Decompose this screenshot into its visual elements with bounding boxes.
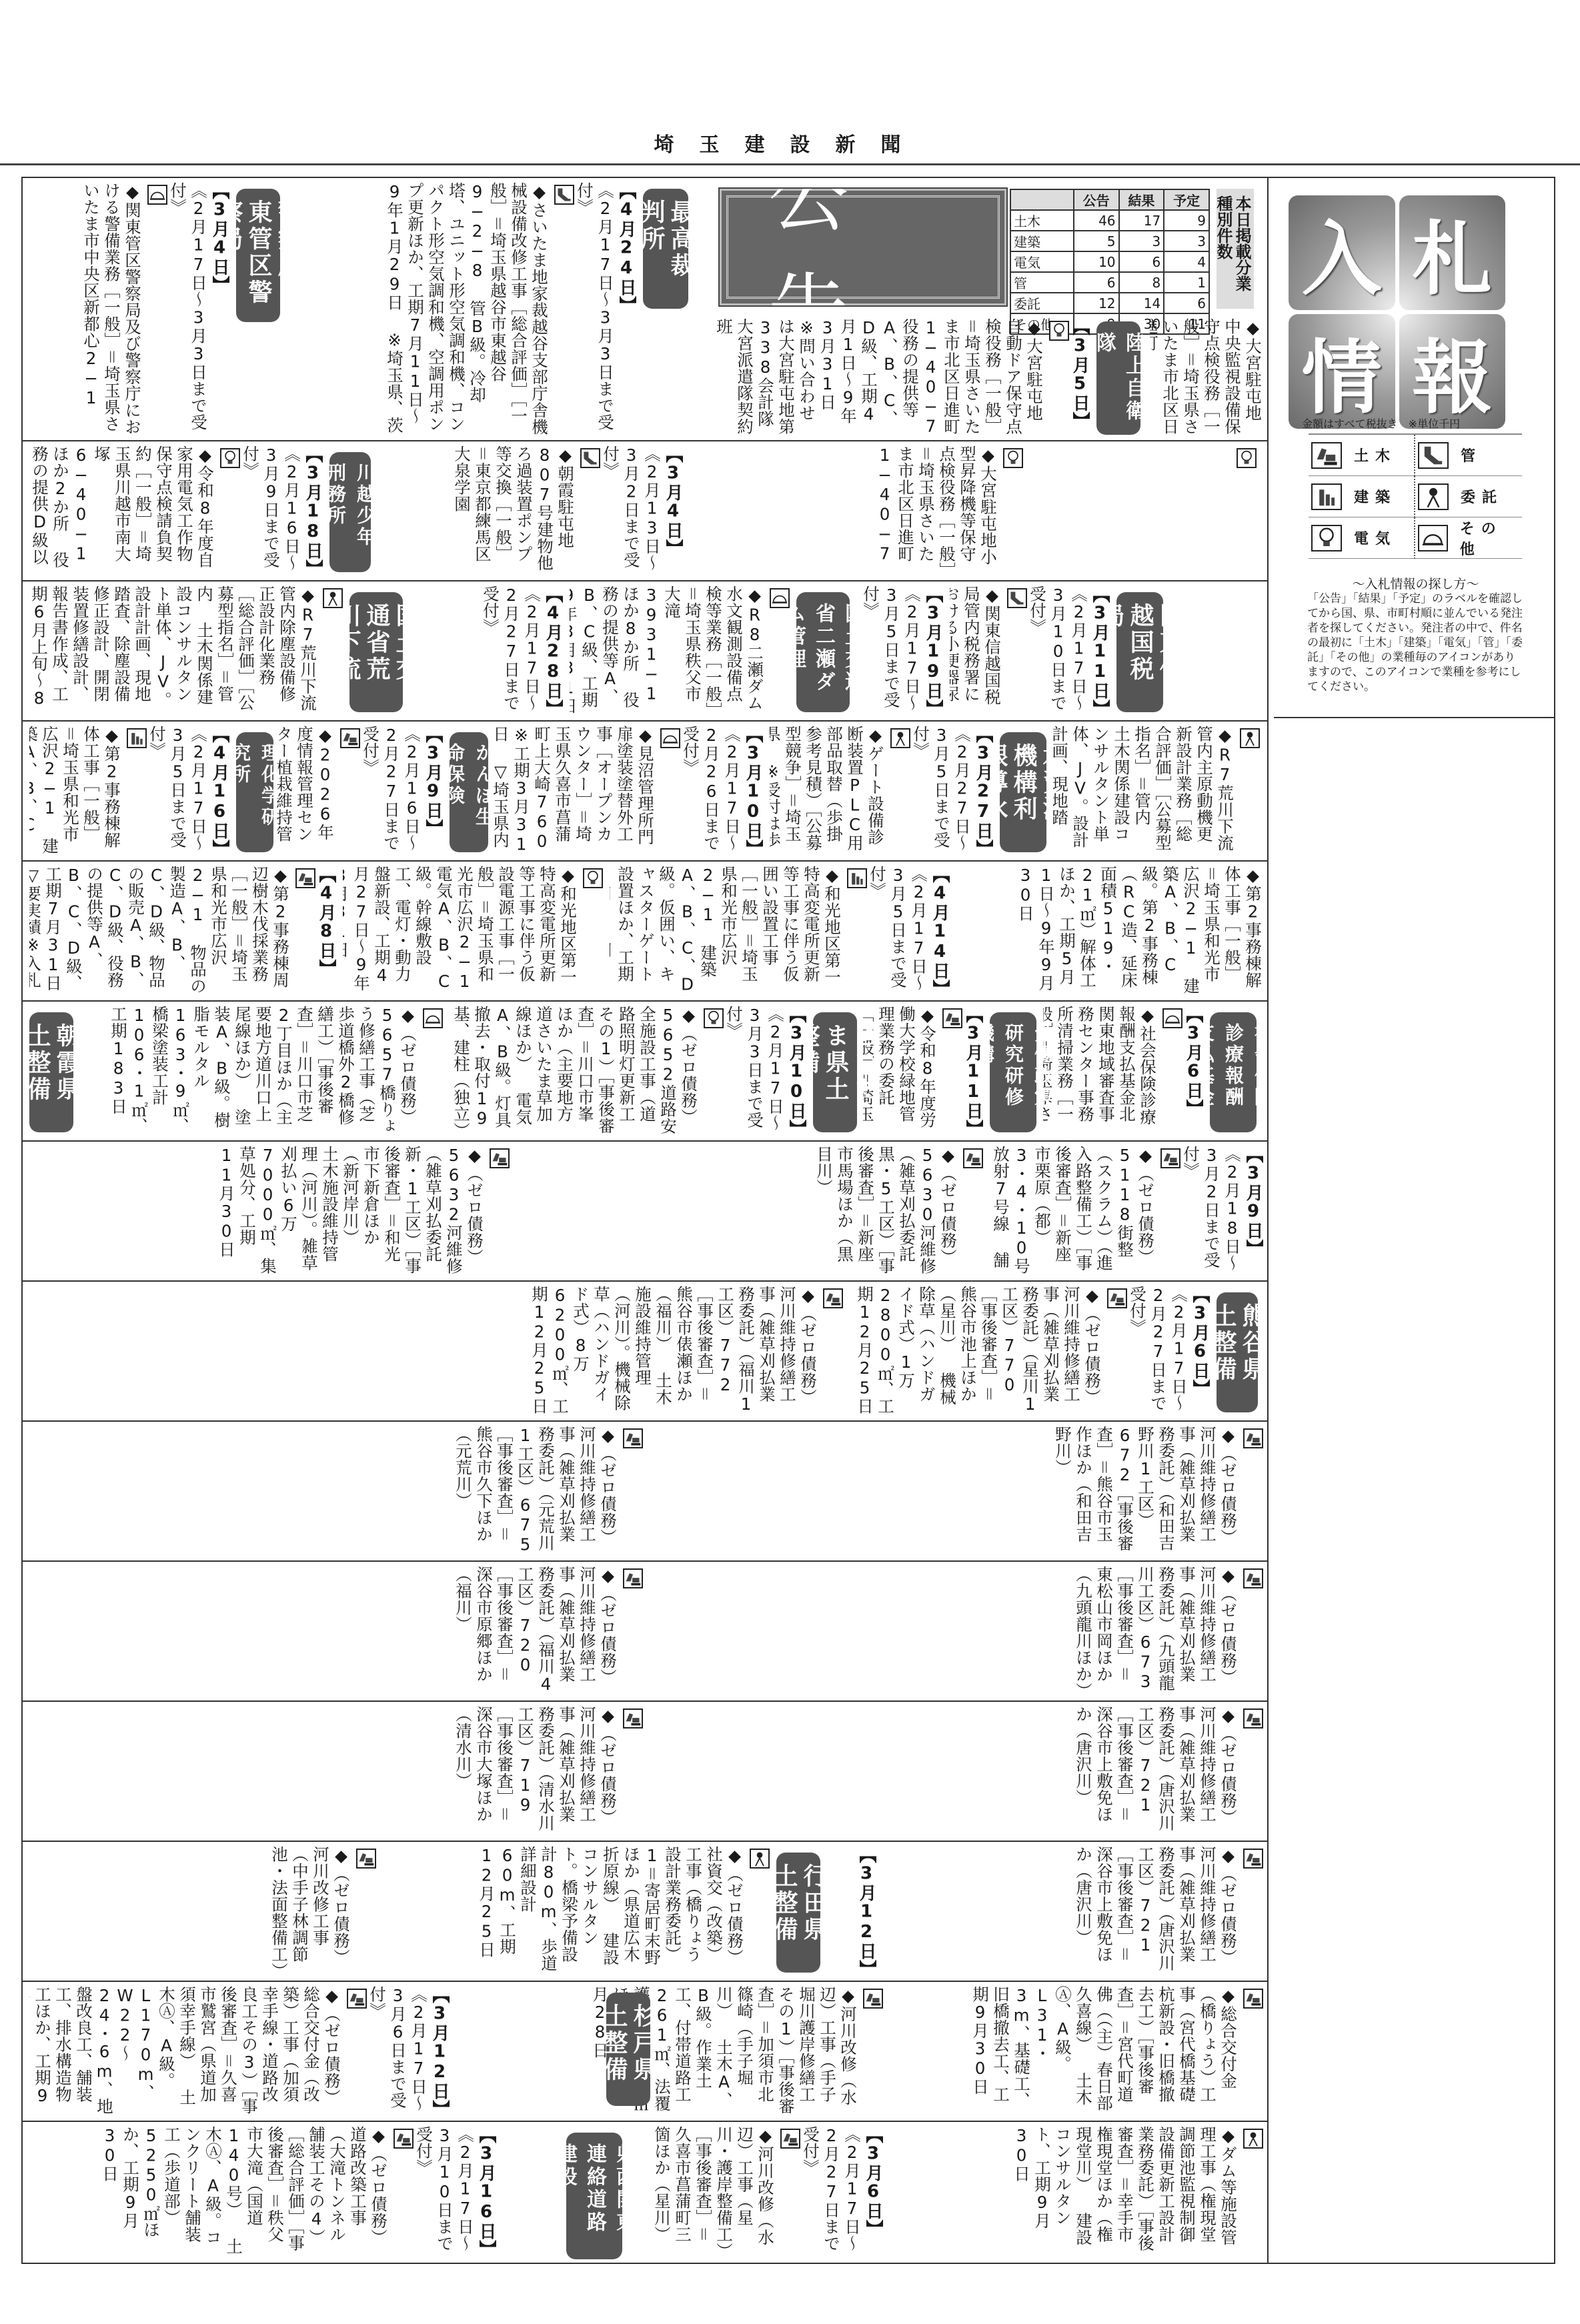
- legend-item-denki: 電気: [1309, 517, 1415, 559]
- excavator-icon: [623, 1708, 643, 1728]
- notice-item: ◆R7荒川下流管内主原動機更新設計業務［総合評価］［公募型指名］＝管内 土木関係…: [1053, 726, 1260, 856]
- notice-item: ◆（ゼロ債務）河川維持修繕工事（雑草刈払業務委託）（福川4工区）720［事後審査…: [29, 1566, 643, 1696]
- building-icon: [847, 868, 867, 888]
- notice-item: ◆（ゼロ債務）河川維持修繕工事（雑草刈払業務委託）（唐沢川工区）721［事後審査…: [650, 1706, 1263, 1837]
- surveyor-icon: [1418, 483, 1449, 510]
- band-row-9: ◆（ゼロ債務）河川維持修繕工事（雑草刈払業務委託）（和田吉野川1工区）672［事…: [23, 1422, 1267, 1562]
- table-header-koukoku: 公告: [1074, 189, 1119, 210]
- koukoku-label: 公告: [726, 195, 1000, 299]
- notice-item: ◆和光地区第一特高変電所更新等工事に伴う仮設電源工事［一般］＝埼玉県和光市広沢2…: [343, 866, 603, 996]
- band-row-5: ◆第2事務棟解体工事［一般］＝埼玉県和光市広沢2−1 建築A、B、C級。第2事務…: [23, 862, 1267, 1002]
- lightbulb-icon: [220, 448, 240, 468]
- agency-label: 理化学研究所: [236, 732, 273, 852]
- table-header-kekka: 結果: [1119, 189, 1164, 210]
- category-count-table: 公告 結果 予定 土木46179 建築533 電気1064 管681 委託121…: [1010, 189, 1210, 335]
- band-row-12: ◆（ゼロ債務）河川維持修繕工事（雑草刈払業務委託）（唐沢川工区）721［事後審査…: [23, 1842, 1267, 1982]
- notice-item: ◆（ゼロ債務）河川維持修繕工事（雑草刈払業務委託）（元荒川1工区）675［事後審…: [29, 1426, 643, 1556]
- notice-item: 【3月9日】 《2月18日〜3月2日まで受付》 ◆（ゼロ債務）5118街整（スク…: [990, 1146, 1263, 1276]
- lightbulb-icon: [1311, 525, 1342, 551]
- table-row: 委託12146: [1010, 293, 1209, 313]
- excavator-icon: [1311, 442, 1342, 469]
- notice-item: 【3月10日】 《2月17日〜3月3日まで受付》 ◆（ゼロ債務）5652道路安全…: [450, 1006, 806, 1136]
- table-row: 電気1064: [1010, 251, 1209, 272]
- table-row: 管681: [1010, 272, 1209, 293]
- helmet-icon: [1162, 1008, 1182, 1028]
- notice-item: 【3月5日】 ◆大宮駐屯地自動ドア保守点検役務［一般］＝埼玉県さいたま市北区日進…: [716, 318, 1090, 436]
- band-row-4: 水資源機構利根導水 ◆R7荒川下流管内主原動機更新設計業務［総合評価］［公募型指…: [23, 722, 1267, 862]
- agency-label: 県西関東連絡道路建設: [566, 2133, 622, 2259]
- agency-label: 警察庁関東管区警察局: [236, 189, 280, 322]
- surveyor-icon: [890, 728, 910, 748]
- lightbulb-icon: [583, 868, 603, 888]
- notice-item: 【3月11日】 ◆令和8年度労働大学校緑地管理業務の委託［一般］＝埼玉県朝霞市溝…: [863, 1006, 983, 1136]
- excavator-icon: [1243, 1568, 1263, 1588]
- table-row: 土木46179: [1010, 210, 1209, 231]
- legend-item-itaku: 委託: [1415, 476, 1522, 517]
- agency-label: 川越少年刑務所: [329, 452, 371, 572]
- notice-item: 【3月6日】 ◆社会保険診療報酬支払基金北関東地域審査事務センター事務所清掃業務…: [1043, 1006, 1203, 1136]
- notice-item: 【3月6日】 《2月17日〜2月27日まで受付》 ◆（ゼロ債務）河川維持修繕工事…: [850, 1286, 1210, 1416]
- notice-item: 【3月9日】 《2月16日〜2月27日まで受付》 ◆2026年度情報管理センター…: [276, 726, 443, 856]
- koukoku-banner: 公告: [720, 189, 1006, 305]
- notice-item: ◆河川改修（水辺）工事（手子堀川護岸修繕工その1）［事後審査］＝加須市北篠崎（手…: [456, 1986, 883, 2117]
- agency-label: 熊谷県土整備: [1217, 1292, 1258, 1412]
- notice-item: 【3月18日】 《2月16日〜3月9日まで受付》 ◆令和8年度自家用電気工作物保…: [29, 445, 323, 576]
- pipe-icon: [580, 448, 600, 468]
- agency-label: 国土交通省荒川下流: [349, 592, 403, 712]
- excavator-icon: [863, 1989, 883, 2009]
- notice-item: ◆（ゼロ債務）河川維持修繕工事（雑草刈払業務委託）（清水川工区）719［事後審査…: [29, 1706, 643, 1837]
- excavator-icon: [942, 1008, 962, 1028]
- excavator-icon: [1107, 1288, 1127, 1308]
- excavator-icon: [393, 2129, 414, 2149]
- agency-label: 関東信越国税局: [1116, 592, 1163, 712]
- notice-item: ◆（ゼロ債務）5630河維修（雑草刈払委託黒・5工区）［事後審査］＝新座市馬場ほ…: [516, 1146, 983, 1276]
- lightbulb-icon: [1049, 321, 1069, 341]
- agency-label: 水資源機構利根導水: [1000, 732, 1046, 852]
- band-row-8: 熊谷県土整備 【3月6日】 《2月17日〜2月27日まで受付》 ◆（ゼロ債務）河…: [23, 1282, 1267, 1422]
- howto-box: 〜入札情報の探し方〜 「公告」「結果」「予定」のラベルを確認してから国、県、市町…: [1307, 577, 1524, 694]
- excavator-icon: [490, 1148, 510, 1168]
- notice-item: ◆（ゼロ債務）河川維持修繕工事（雑草刈払業務委託）（和田吉野川1工区）672［事…: [650, 1426, 1263, 1556]
- band-row-14: ◆ダム等施設管理工事（権現堂調節池監視制御設備更新工設計業務委託）［事後審査］＝…: [23, 2122, 1267, 2262]
- pipe-icon: [554, 185, 574, 205]
- notice-item: ◆（ゼロ債務）5657橋りょう修繕工事（芝歩道橋外2橋修繕工）［事後審査］＝川口…: [83, 1006, 443, 1136]
- agency-label: 陸上自衛隊: [1096, 321, 1140, 435]
- agency-label: 労働政策研究研修機構: [990, 1012, 1036, 1132]
- excavator-icon: [1243, 1849, 1263, 1869]
- excavator-icon: [1243, 1428, 1263, 1448]
- notice-item: 【3月12日】: [830, 1846, 876, 1977]
- notice-item: 【4月24日】 《2月17日〜3月3日まで受付》 ◆さいたま地家裁越谷支部庁舎機…: [383, 182, 636, 436]
- excavator-icon: [295, 868, 315, 888]
- agency-label: 行田県土整備: [776, 1853, 820, 1973]
- notice-item: 【3月11日】 《2月17日〜3月10日まで受付》 ◆関東信越国税局管内税務署に…: [950, 586, 1110, 716]
- masthead-rule: [0, 163, 1580, 165]
- pipe-icon: [1007, 588, 1027, 608]
- helmet-icon: [660, 728, 680, 748]
- howto-text: 「公告」「結果」「予定」のラベルを確認してから国、県、市町村順に並んでいる発注者…: [1307, 592, 1524, 694]
- surveyor-icon: [1240, 728, 1260, 748]
- helmet-icon: [147, 185, 167, 205]
- band-row-6: 社会保険診療報酬支払基金 【3月6日】 ◆社会保険診療報酬支払基金北関東地域審査…: [23, 1002, 1267, 1142]
- surveyor-icon: [750, 1849, 770, 1869]
- table-header-yotei: 予定: [1164, 189, 1209, 210]
- notice-item: 【3月19日】 《2月17日〜3月5日まで受付》: [856, 586, 943, 716]
- excavator-icon: [623, 1568, 643, 1588]
- agency-label: 社会保険診療報酬支払基金: [1210, 1012, 1257, 1132]
- lightbulb-icon: [1003, 448, 1023, 468]
- legend-item-kan: 管: [1415, 435, 1522, 476]
- legend-item-doboku: 土木: [1309, 435, 1415, 476]
- notice-item: ◆（ゼロ債務）河川維持修繕工事（雑草刈払業務委託）（福川1工区）772［事後審査…: [29, 1286, 843, 1416]
- howto-title: 〜入札情報の探し方〜: [1307, 577, 1524, 592]
- agency-label: 国土交通省二瀬ダム管理: [796, 592, 850, 712]
- category-legend: 土木 管 建築 委託 電気 その他: [1309, 433, 1522, 559]
- agency-label: 最高裁判所: [643, 189, 688, 309]
- band-row-7: 【3月9日】 《2月18日〜3月2日まで受付》 ◆（ゼロ債務）5118街整（スク…: [23, 1142, 1267, 1282]
- count-label: 本日掲載分業種別件数: [1217, 189, 1254, 309]
- agency-label: かんぽ生命保険: [450, 732, 488, 852]
- excavator-icon: [1243, 1989, 1263, 2009]
- notice-item: 【3月10日】 《2月17日〜2月26日まで受付》 ◆見沼管理所門扉塗装塗替外工…: [490, 726, 763, 856]
- notice-item: 【3月27日】 《2月27日〜3月5日まで受付》 ◆ゲート設備診断装置PLC用部…: [770, 726, 993, 856]
- agency-label: 朝霞県土整備: [29, 1012, 73, 1132]
- notice-item: 【3月4日】 《2月17日〜3月3日まで受付》 ◆関東管区警察局及び警察庁におけ…: [29, 182, 229, 436]
- excavator-icon: [823, 1288, 843, 1308]
- legend-item-sonota: その他: [1415, 517, 1522, 559]
- notice-item: 【4月14日】 《2月17日〜3月5日まで受付》 ◆和光地区第一特高変電所更新等…: [610, 866, 950, 996]
- excavator-icon: [780, 2129, 800, 2149]
- notice-item: 【3月12日】 《2月17日〜3月6日まで受付》 ◆（ゼロ債務）総合交付金（改築…: [29, 1986, 450, 2117]
- band-row-3: 関東信越国税局 【3月11日】 《2月17日〜3月10日まで受付》 ◆関東信越国…: [23, 582, 1267, 722]
- sidebar: 入 札 情 報 金額はすべて税抜き ※単位千円 土木 管 建築 委託: [1275, 177, 1555, 717]
- newspaper-title: 埼玉建設新聞: [654, 133, 926, 157]
- helmet-icon: [423, 1008, 443, 1028]
- excavator-icon: [623, 1428, 643, 1448]
- notice-item: ◆（ゼロ債務）河川改修工事（中手子林調節池・法面整備工）: [29, 1846, 376, 1977]
- sidebar-divider: [1274, 717, 1554, 718]
- notice-item: 【3月16日】 《2月17日〜3月10日まで受付》 ◆（ゼロ債務）道路改築工事（…: [29, 2126, 496, 2258]
- agency-label: 杉戸県土整備: [606, 1993, 650, 2106]
- excavator-icon: [1160, 1148, 1180, 1168]
- surveyor-icon: [1243, 2129, 1263, 2149]
- table-header: [1010, 189, 1074, 210]
- band-row-11: ◆（ゼロ債務）河川維持修繕工事（雑草刈払業務委託）（唐沢川工区）721［事後審査…: [23, 1702, 1267, 1842]
- notice-item: ◆（ゼロ債務）社資交（改築）工事（橋りょう設計業務委託）1＝寄居町末野ほか（県道…: [383, 1846, 770, 1977]
- pipe-icon: [1418, 442, 1449, 469]
- notice-item: ◆大宮駐屯地中央監視設備保守点検役務［一般］＝埼玉県さいたま市北区日進町1−40…: [1150, 318, 1263, 436]
- band-row-2: ◆大宮駐屯地小型昇降機等保守点検役務［一般］＝埼玉県さいたま市北区日進町1−40…: [23, 441, 1267, 582]
- excavator-icon: [1243, 1708, 1263, 1728]
- notice-item: 【3月4日】 《2月13日〜3月2日まで受付》 ◆朝霞駐屯地807号建物他ろ過装…: [389, 445, 683, 576]
- building-icon: [1311, 483, 1342, 510]
- nyusatsu-joho-logo: 入 札 情 報: [1289, 195, 1505, 412]
- excavator-icon: [347, 1989, 367, 2009]
- building-icon: [127, 728, 147, 748]
- notice-item: ◆R8二瀬ダム水文観測設備点検等業務［一般］＝埼玉県秩父市大滝3931−1ほか8…: [570, 586, 790, 716]
- notice-item: ◆（ゼロ債務）河川維持修繕工事（雑草刈払業務委託）（九頭龍川工区）673［事後審…: [650, 1566, 1263, 1696]
- table-row: 建築533: [1010, 231, 1209, 251]
- helmet-icon: [1418, 525, 1448, 551]
- notice-item: [1030, 445, 1257, 576]
- excavator-icon: [340, 728, 360, 748]
- notice-item: ◆総合交付金（橋りょう）工事（宮代橋基礎杭新設・旧橋撤去工）［事後審査］＝宮代町…: [890, 1986, 1263, 2117]
- band-row-13: ◆総合交付金（橋りょう）工事（宮代橋基礎杭新設・旧橋撤去工）［事後審査］＝宮代町…: [23, 1982, 1267, 2122]
- tax-note: 金額はすべて税抜き ※単位千円: [1302, 415, 1460, 431]
- notice-item: ◆ダム等施設管理工事（権現堂調節池監視制御設備更新工設計業務委託）［事後審査］＝…: [890, 2126, 1263, 2258]
- agency-label: さいたま県土整備: [813, 1012, 857, 1132]
- notice-item: ◆（ゼロ債務）5632河維修（雑草刈払委託新・1工区）［事後審査］＝和光市下新倉…: [29, 1146, 510, 1276]
- band-row-1: 最高裁判所 【4月24日】 《2月17日〜3月3日まで受付》 ◆さいたま地家裁越…: [23, 178, 1267, 441]
- notice-item: ◆（ゼロ債務）河川維持修繕工事（雑草刈払業務委託）（唐沢川工区）721［事後審査…: [883, 1846, 1263, 1977]
- masthead: 埼玉建設新聞: [0, 128, 1580, 155]
- legend-item-kenchiku: 建築: [1309, 476, 1415, 517]
- lightbulb-icon: [1237, 448, 1257, 468]
- notice-frame: 最高裁判所 【4月24日】 《2月17日〜3月3日まで受付》 ◆さいたま地家裁越…: [21, 177, 1269, 2264]
- notice-item: 【4月16日】 《2月17日〜3月5日まで受付》 ◆第2事務棟解体工事［一般］＝…: [29, 726, 229, 856]
- notice-item: 【4月8日】 ◆第2事務棟周辺樹木伐採業務［一般］＝埼玉県和光市広沢2−1 物品…: [29, 866, 336, 996]
- lightbulb-icon: [704, 1008, 724, 1028]
- helmet-icon: [770, 588, 790, 608]
- notice-item: ◆R7荒川下流管内除塵設備修正設計化業務［総合評価］［公募型指名］＝管内 土木関…: [29, 586, 343, 716]
- excavator-icon: [963, 1148, 983, 1168]
- surveyor-icon: [323, 588, 343, 608]
- notice-item: 【4月28日】 《2月17日〜2月27日まで受付》: [410, 586, 563, 716]
- band-row-10: ◆（ゼロ債務）河川維持修繕工事（雑草刈払業務委託）（九頭龍川工区）673［事後審…: [23, 1562, 1267, 1702]
- notice-item: ◆第2事務棟解体工事［一般］＝埼玉県和光市広沢2−1 建築A、B、C級。第2事務…: [956, 866, 1263, 996]
- notice-item: ◆大宮駐屯地小型昇降機等保守点検役務［一般］＝埼玉県さいたま市北区日進町1−40…: [690, 445, 1023, 576]
- excavator-icon: [356, 1849, 376, 1869]
